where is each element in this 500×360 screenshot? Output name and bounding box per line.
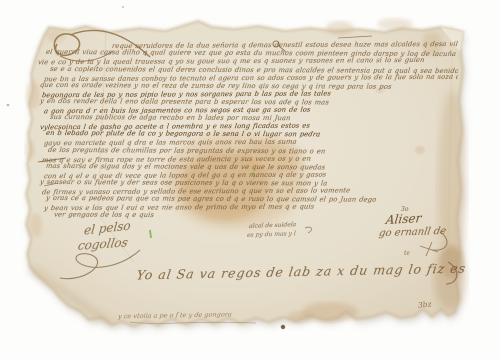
attestation-superscript: te: [404, 250, 410, 257]
manuscript-line: ver gengaos de los q e quis: [53, 210, 254, 219]
manuscript-photo: reque seruidores de la dua señoria q dem…: [0, 0, 500, 360]
corner-foliation-mark: 3bz: [418, 299, 432, 309]
signature-right-line1: Aliser: [385, 211, 422, 227]
